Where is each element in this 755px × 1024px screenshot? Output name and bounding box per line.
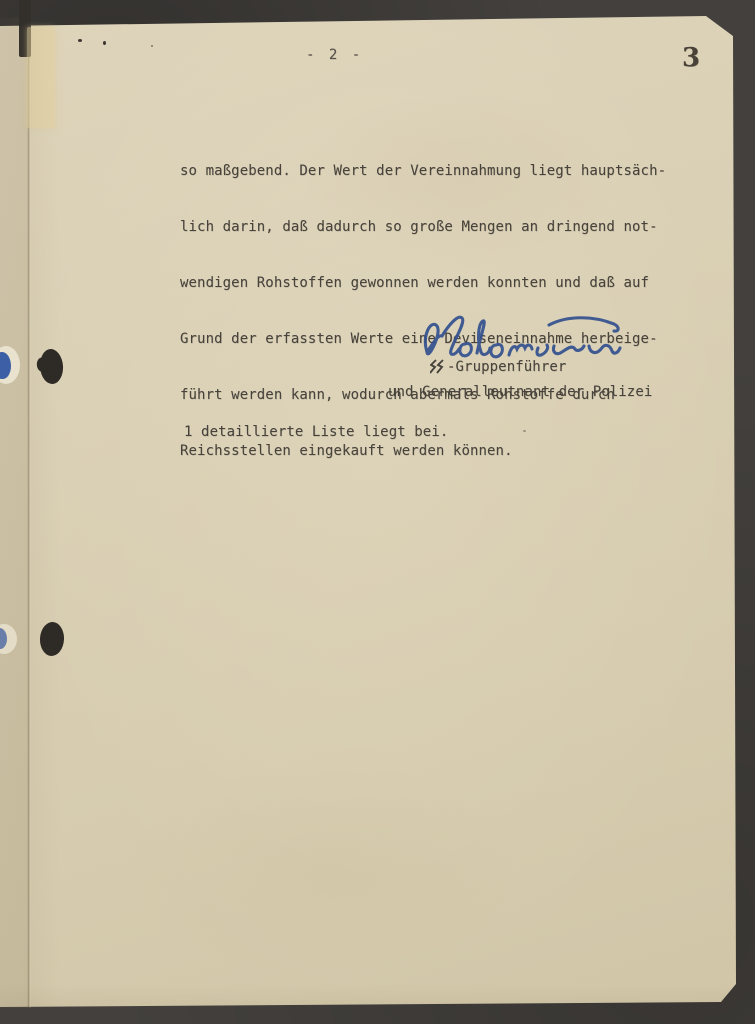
paragraph-line: wendigen Rohstoffen gewonnen werden konn… — [180, 271, 666, 295]
paper-speck — [523, 430, 526, 432]
page-fold-strip — [0, 18, 29, 1008]
paragraph-line: Reichsstellen eingekauft werden können. — [180, 439, 666, 463]
scanned-document-photo: { "document": { "header": { "page_number… — [0, 0, 755, 1024]
signature-subtitle: und Generalleutnant der Polizei — [388, 384, 652, 400]
paragraph-line: lich darin, daß dadurch so große Mengen … — [180, 215, 666, 239]
ss-runes-icon — [430, 359, 446, 374]
rank-label: -Gruppenführer — [447, 359, 566, 375]
paper-speck — [78, 39, 82, 42]
paper-speck — [151, 45, 153, 47]
paper-speck — [103, 41, 106, 45]
folio-number: 3 — [682, 43, 700, 73]
tape-fragment — [27, 27, 55, 128]
header-page-number: - 2 - — [306, 47, 363, 63]
enclosure-note: 1 detaillierte Liste liegt bei. — [184, 424, 448, 440]
fold-crease-line — [27, 18, 31, 1008]
paragraph-line: so maßgebend. Der Wert der Vereinnahmung… — [180, 159, 666, 183]
signature-rank-line: -Gruppenführer — [430, 359, 566, 375]
